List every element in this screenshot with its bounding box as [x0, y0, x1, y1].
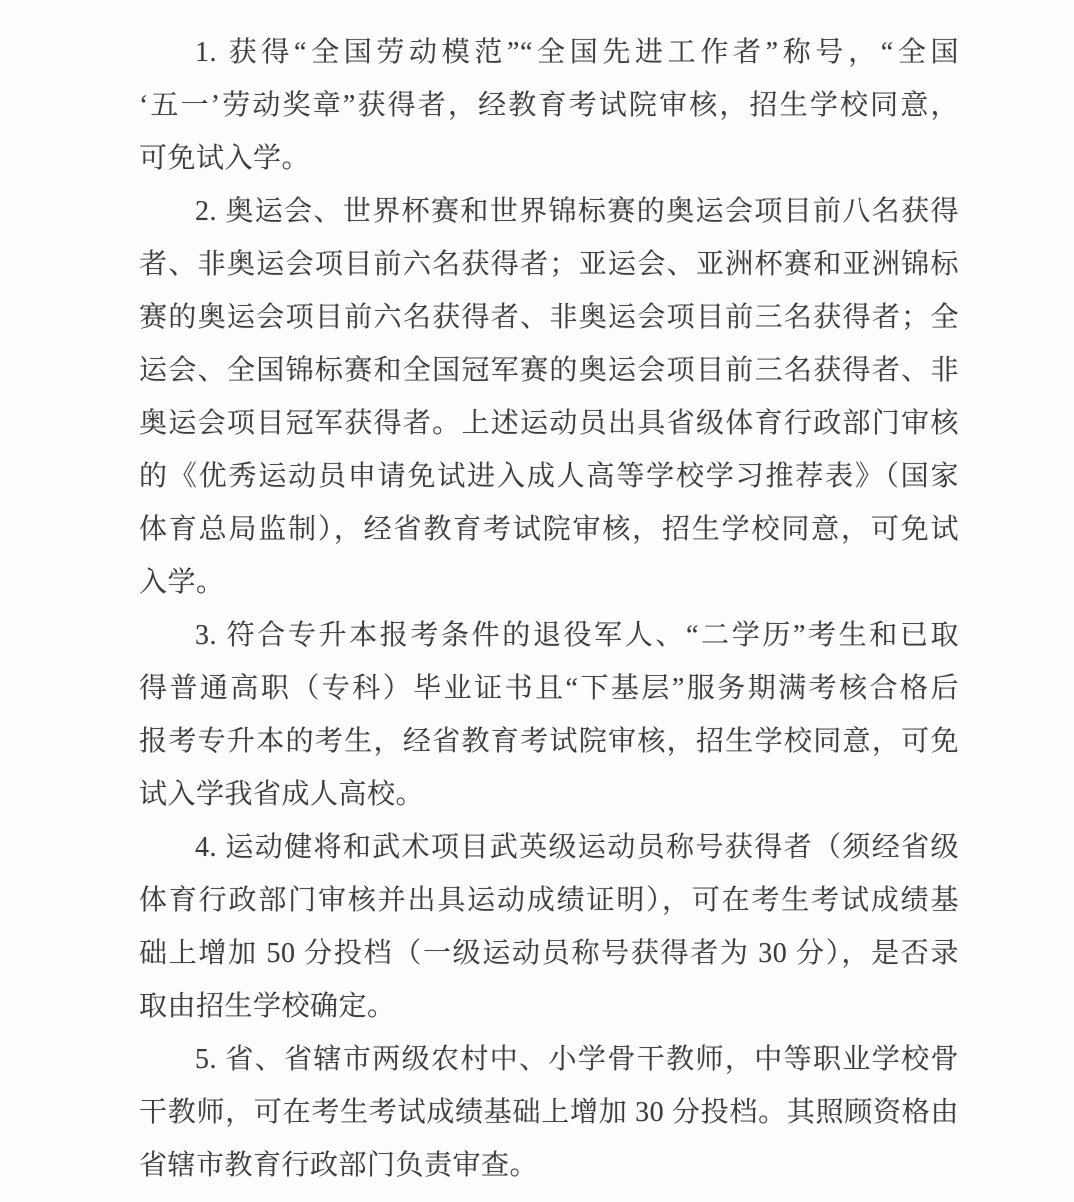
text-line: 干教师，可在考生考试成绩基础上增加 30 分投档。其照顾资格由 — [139, 1086, 959, 1139]
paragraph-4: 4. 运动健将和武术项目武英级运动员称号获得者（须经省级体育行政部门审核并出具运… — [139, 821, 959, 1033]
text-line: 报考专升本的考生，经省教育考试院审核，招生学校同意，可免 — [139, 715, 959, 768]
text-line: 体育总局监制），经省教育考试院审核，招生学校同意，可免试 — [139, 503, 959, 556]
text-line: 者、非奥运会项目前六名获得者；亚运会、亚洲杯赛和亚洲锦标 — [139, 238, 959, 291]
text-line: 入学。 — [139, 556, 959, 609]
text-line: 2. 奥运会、世界杯赛和世界锦标赛的奥运会项目前八名获得 — [139, 185, 959, 238]
paragraph-1: 1. 获得“全国劳动模范”“全国先进工作者”称号，“全国‘五一’劳动奖章”获得者… — [139, 26, 959, 185]
text-line: 试入学我省成人高校。 — [139, 768, 959, 821]
text-line: 赛的奥运会项目前六名获得者、非奥运会项目前三名获得者；全 — [139, 291, 959, 344]
text-line: 可免试入学。 — [139, 132, 959, 185]
text-line: 4. 运动健将和武术项目武英级运动员称号获得者（须经省级 — [139, 821, 959, 874]
text-line: 3. 符合专升本报考条件的退役军人、“二学历”考生和已取 — [139, 609, 959, 662]
text-line: 奥运会项目冠军获得者。上述运动员出具省级体育行政部门审核 — [139, 397, 959, 450]
text-line: 础上增加 50 分投档（一级运动员称号获得者为 30 分），是否录 — [139, 927, 959, 980]
text-line: 得普通高职（专科）毕业证书且“下基层”服务期满考核合格后 — [139, 662, 959, 715]
paragraph-5: 5. 省、省辖市两级农村中、小学骨干教师，中等职业学校骨干教师，可在考生考试成绩… — [139, 1033, 959, 1192]
document-body: 1. 获得“全国劳动模范”“全国先进工作者”称号，“全国‘五一’劳动奖章”获得者… — [139, 26, 959, 1192]
text-line: 运会、全国锦标赛和全国冠军赛的奥运会项目前三名获得者、非 — [139, 344, 959, 397]
text-line: 1. 获得“全国劳动模范”“全国先进工作者”称号，“全国 — [139, 26, 959, 79]
text-line: ‘五一’劳动奖章”获得者，经教育考试院审核，招生学校同意， — [139, 79, 959, 132]
text-line: 体育行政部门审核并出具运动成绩证明），可在考生考试成绩基 — [139, 874, 959, 927]
text-line: 省辖市教育行政部门负责审查。 — [139, 1139, 959, 1192]
paragraph-2: 2. 奥运会、世界杯赛和世界锦标赛的奥运会项目前八名获得者、非奥运会项目前六名获… — [139, 185, 959, 609]
paragraph-3: 3. 符合专升本报考条件的退役军人、“二学历”考生和已取得普通高职（专科）毕业证… — [139, 609, 959, 821]
text-line: 5. 省、省辖市两级农村中、小学骨干教师，中等职业学校骨 — [139, 1033, 959, 1086]
document-page: 1. 获得“全国劳动模范”“全国先进工作者”称号，“全国‘五一’劳动奖章”获得者… — [0, 0, 1074, 1202]
text-line: 的《优秀运动员申请免试进入成人高等学校学习推荐表》（国家 — [139, 450, 959, 503]
text-line: 取由招生学校确定。 — [139, 980, 959, 1033]
